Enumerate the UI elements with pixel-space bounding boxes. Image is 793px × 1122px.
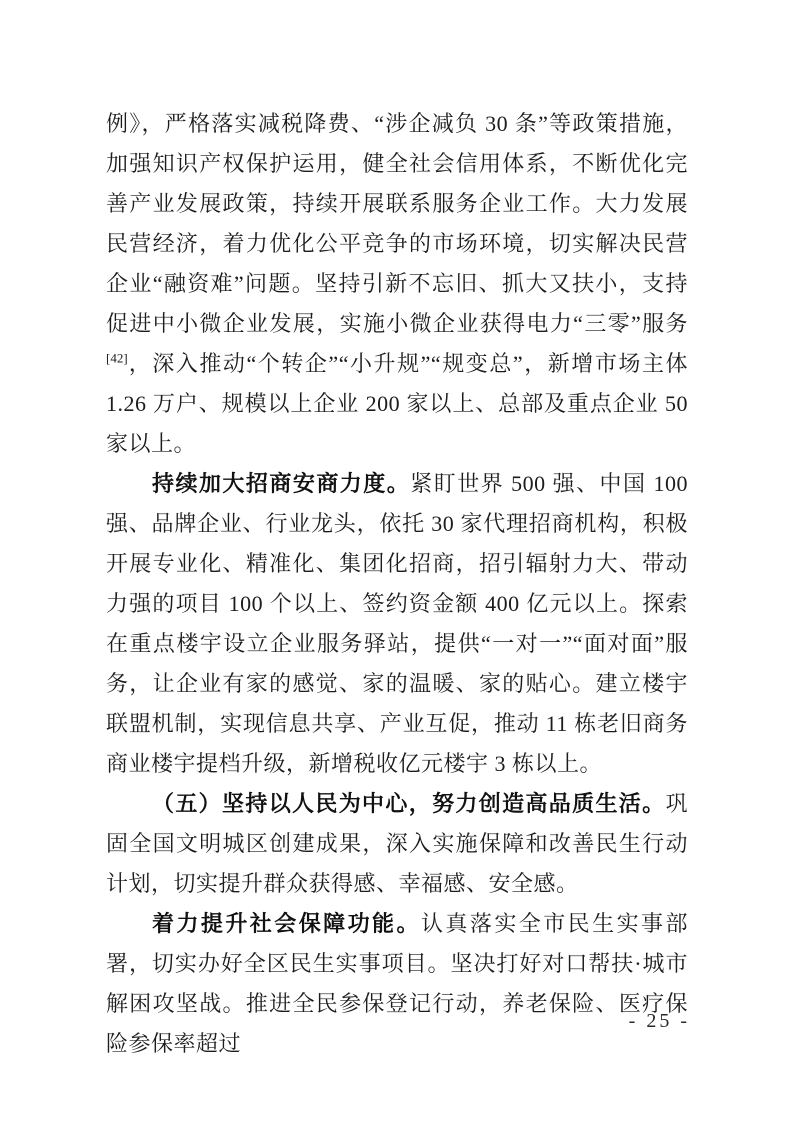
document-page: 例》，严格落实减税降费、“涉企减负 30 条”等政策措施，加强知识产权保护运用，… [0, 0, 793, 1122]
body-text: 紧盯世界 500 强、中国 100 强、品牌企业、行业龙头，依托 30 家代理招… [106, 471, 688, 776]
paragraph: 着力提升社会保障功能。认真落实全市民生实事部署，切实办好全区民生实事项目。坚决打… [106, 904, 688, 1064]
page-number: - 25 - [629, 1008, 690, 1034]
paragraph: 例》，严格落实减税降费、“涉企减负 30 条”等政策措施，加强知识产权保护运用，… [106, 104, 688, 464]
paragraph: 持续加大招商安商力度。紧盯世界 500 强、中国 100 强、品牌企业、行业龙头… [106, 464, 688, 784]
bold-lead-text: 着力提升社会保障功能。 [152, 911, 421, 936]
body-text: ，深入推动“个转企”“小升规”“规变总”，新增市场主体 1.26 万户、规模以上… [106, 351, 688, 456]
body-text: 例》，严格落实减税降费、“涉企减负 30 条”等政策措施，加强知识产权保护运用，… [106, 111, 688, 336]
bold-lead-text: 持续加大招商安商力度。 [152, 471, 410, 496]
bold-lead-text: （五）坚持以人民为中心，努力创造高品质生活。 [152, 791, 665, 816]
footnote-ref: [42] [106, 351, 128, 366]
paragraph: （五）坚持以人民为中心，努力创造高品质生活。巩固全国文明城区创建成果，深入实施保… [106, 784, 688, 904]
document-body: 例》，严格落实减税降费、“涉企减负 30 条”等政策措施，加强知识产权保护运用，… [106, 104, 688, 1064]
